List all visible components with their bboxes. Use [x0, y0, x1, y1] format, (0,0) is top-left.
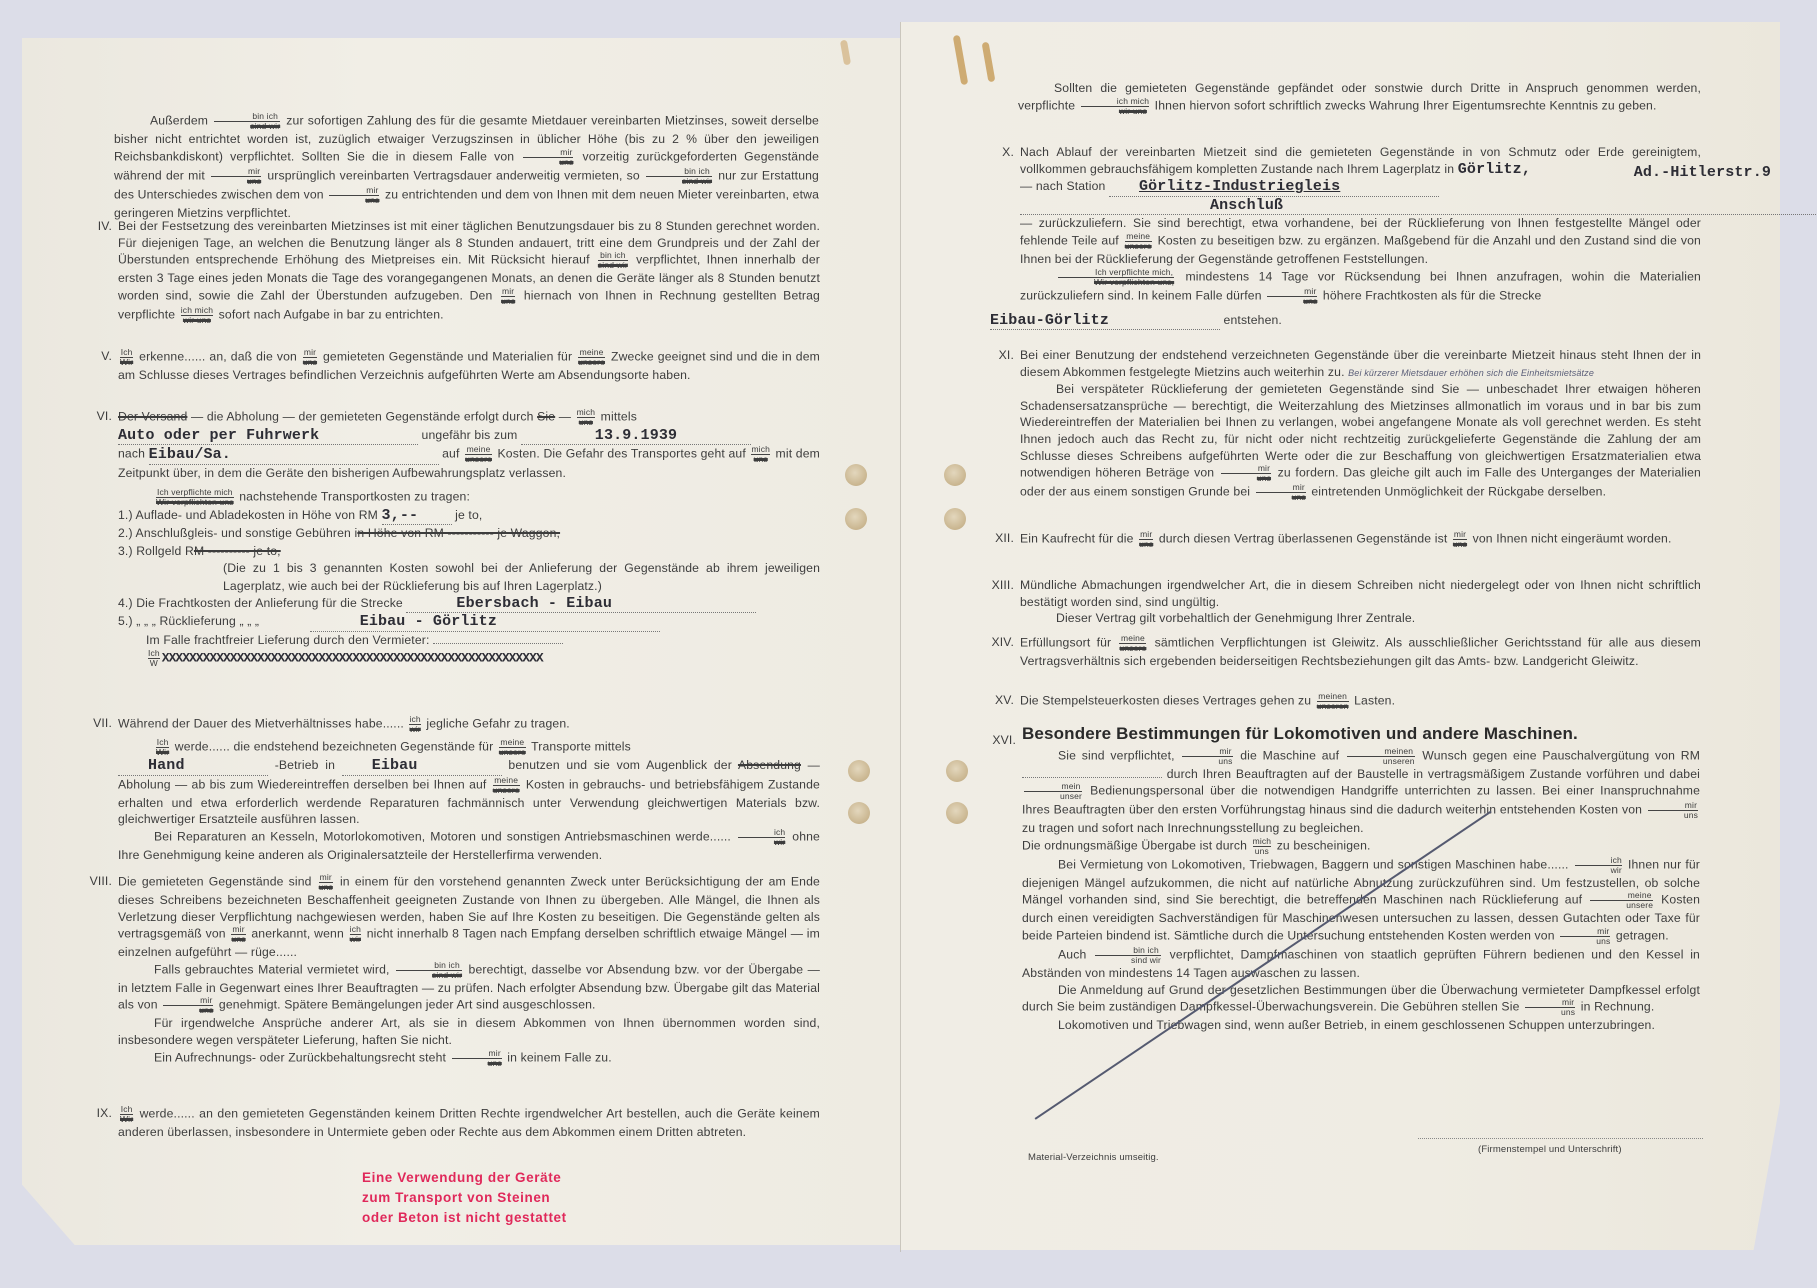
- pronoun-choice: meinunser: [1024, 782, 1082, 801]
- struck-text: Absendung: [738, 758, 801, 772]
- text: — nach Station: [1020, 179, 1105, 193]
- station-field-2[interactable]: Anschluß: [1020, 197, 1817, 215]
- loading-cost-field[interactable]: 3,--: [382, 507, 452, 525]
- section-xv: XV. Die Stempelsteuerkosten dieses Vertr…: [1020, 692, 1701, 711]
- pronoun-choice: Ich verpflichte mich,Wir verpflichten un…: [1058, 268, 1174, 287]
- text: erkenne...... an, daß die von: [139, 350, 297, 364]
- delivery-route-field[interactable]: Ebersbach - Eibau: [406, 595, 756, 613]
- pronoun-choice: miruns: [1267, 287, 1317, 306]
- section-number: XIV.: [980, 634, 1014, 651]
- pronoun-choice: ichwir: [350, 925, 361, 944]
- text: Für irgendwelche Ansprüche anderer Art, …: [118, 1016, 820, 1047]
- section-number: XVI.: [982, 732, 1016, 749]
- pronoun-choice: meineunsere: [1125, 232, 1152, 251]
- text: Die gemieteten Gegenstände sind: [118, 875, 312, 889]
- text: Ein Kaufrecht für die: [1020, 532, 1134, 546]
- pronoun-choice: miruns: [303, 348, 317, 367]
- pronoun-choice: miruns: [1525, 998, 1575, 1017]
- text: zu bescheinigen.: [1277, 839, 1371, 853]
- punch-hole: [848, 760, 870, 782]
- red-usage-stamp: Eine Verwendung der Geräte zum Transport…: [362, 1168, 582, 1228]
- text: Ihnen hiervon sofort schriftlich zwecks …: [1155, 98, 1657, 112]
- section-number: XI.: [980, 347, 1014, 364]
- text: Lasten.: [1354, 694, 1395, 708]
- pronoun-choice: bin ichsind wir: [646, 167, 712, 186]
- section-xiv: XIV. Erfüllungsort für meineunsere sämtl…: [1020, 634, 1701, 670]
- text: Nach Ablauf der vereinbarten Mietzeit si…: [1020, 145, 1701, 176]
- pronoun-choice: meineunsere: [493, 776, 520, 795]
- material-note: Material-Verzeichnis umseitig.: [1028, 1150, 1328, 1167]
- item-label: 1.) Auflade- und Abladekosten in Höhe vo…: [118, 508, 378, 522]
- text: eintretenden Unmöglichkeit der Rückgabe …: [1311, 485, 1606, 499]
- typed-route: Ebersbach - Eibau: [456, 595, 612, 612]
- text: -Betrieb in: [275, 758, 335, 772]
- section-xiii: XIII. Mündliche Abmachungen irgendwelche…: [1020, 577, 1701, 627]
- typed-date: 13.9.1939: [595, 427, 677, 444]
- signature-label: (Firmenstempel und Unterschrift): [1478, 1142, 1718, 1159]
- text: Bei Reparaturen an Kesseln, Motorlokomot…: [154, 830, 731, 844]
- pronoun-choice: ich michwir uns: [1081, 97, 1149, 116]
- struck-text: Sie: [537, 410, 555, 424]
- text: Ein Aufrechnungs- oder Zurückbehaltungsr…: [154, 1050, 446, 1064]
- section-number: VII.: [78, 715, 112, 732]
- pronoun-choice: ichwir: [409, 715, 420, 734]
- pronoun-choice: IchWir: [120, 1105, 133, 1124]
- stamp-line: Eine Verwendung der Geräte: [362, 1168, 582, 1188]
- text: gemieteten Gegenstände und Materialien f…: [323, 350, 572, 364]
- pronoun-choice: michuns: [751, 445, 770, 464]
- typed-route: Eibau - Görlitz: [360, 613, 497, 630]
- pronoun-choice: miruns: [452, 1049, 502, 1068]
- text: Auch: [1058, 948, 1086, 962]
- pronoun-choice: meineunsere: [499, 738, 526, 757]
- pronoun-choice: miruns: [501, 287, 515, 306]
- text: Im Falle frachtfreier Lieferung durch de…: [146, 633, 430, 647]
- xed-out-line: IchWXXXXXXXXXXXXXXXXXXXXXXXXXXXXXXXXXXXX…: [118, 649, 820, 668]
- text: Wunsch gegen eine Pauschalvergütung von …: [1422, 748, 1700, 762]
- pronoun-choice: IchWir: [156, 738, 169, 757]
- pronoun-choice: miruns: [231, 925, 245, 944]
- typed-station: Anschluß: [1210, 197, 1283, 214]
- text: in Rechnung.: [1581, 1000, 1655, 1014]
- punch-hole: [946, 802, 968, 824]
- intro-paragraph-left: Außerdem bin ichsind wir zur sofortigen …: [114, 112, 819, 221]
- operation-place-field[interactable]: Eibau: [342, 757, 502, 776]
- pronoun-choice: bin ichsind wir: [214, 112, 280, 131]
- section-number: XII.: [980, 530, 1014, 547]
- text: jegliche Gefahr zu tragen.: [426, 717, 569, 731]
- pronoun-choice: meineunsere: [578, 348, 605, 367]
- pronoun-choice: michuns: [1253, 837, 1272, 856]
- text: in keinem Falle zu.: [507, 1050, 611, 1064]
- text: Dieser Vertrag gilt vorbehaltlich der Ge…: [1056, 611, 1415, 625]
- pronoun-choice: miruns: [523, 148, 573, 167]
- text: Material-Verzeichnis umseitig.: [1028, 1152, 1159, 1163]
- text: die Maschine auf: [1240, 748, 1339, 762]
- section-v: V. IchWir erkenne...... an, daß die von …: [118, 348, 820, 384]
- text: entstehen.: [1224, 313, 1282, 327]
- signature-line[interactable]: [1418, 1138, 1703, 1139]
- text: sofort nach Aufgabe in bar zu entrichten…: [219, 308, 444, 322]
- section-xi: XI. Bei einer Benutzung der endstehend v…: [1020, 347, 1701, 502]
- section-vi: VI. Der Versand — die Abholung — der gem…: [118, 408, 820, 668]
- cost-note: (Die zu 1 bis 3 genannten Kosten sowohl …: [118, 560, 820, 595]
- text: Bei Vermietung von Lokomotiven, Triebwag…: [1058, 858, 1569, 872]
- pronoun-choice: meineunsere: [1590, 891, 1653, 910]
- cost-item-1: 1.) Auflade- und Abladekosten in Höhe vo…: [118, 507, 820, 525]
- section-x: X. Nach Ablauf der vereinbarten Mietzeit…: [1020, 144, 1701, 330]
- pronoun-choice: bin ichsind wir: [598, 251, 628, 270]
- typed-return-place: Görlitz,: [1458, 161, 1531, 178]
- pronoun-choice: miruns: [211, 167, 261, 186]
- text: ursprünglich vereinbarten Vertragsdauer …: [267, 168, 640, 182]
- item-label: 4.) Die Frachtkosten der Anlieferung für…: [118, 596, 403, 610]
- text: durch diesen Vertrag überlassenen Gegens…: [1159, 532, 1448, 546]
- text: getragen.: [1616, 929, 1669, 943]
- text: genehmigt. Spätere Bemängelungen jeder A…: [219, 998, 596, 1012]
- cost-item-4: 4.) Die Frachtkosten der Anlieferung für…: [118, 595, 820, 613]
- text: Falls gebrauchtes Material vermietet wir…: [154, 963, 390, 977]
- pronoun-choice: miruns: [1182, 747, 1232, 766]
- pronoun-choice: miruns: [1648, 801, 1698, 820]
- typed-cost: 3,--: [382, 507, 419, 524]
- section-number: XIII.: [980, 577, 1014, 594]
- stamp-line: oder Beton ist nicht gestattet: [362, 1208, 582, 1228]
- pronoun-choice: miruns: [319, 873, 333, 892]
- text: Mündliche Abmachungen irgendwelcher Art,…: [1020, 578, 1701, 609]
- pronoun-choice: miruns: [1221, 464, 1271, 483]
- item-label: 2.) Anschlußgleis- und sonstige Gebühren…: [118, 526, 357, 540]
- text: durch Ihren Beauftragten auf der Baustel…: [1167, 767, 1700, 781]
- punch-hole: [944, 464, 966, 486]
- text: höhere Frachtkosten als für die Strecke: [1323, 289, 1542, 303]
- pronoun-choice: miruns: [163, 996, 213, 1015]
- text: Während der Dauer des Mietverhältnisses …: [118, 717, 404, 731]
- punch-hole: [944, 508, 966, 530]
- cost-item-5: 5.) „ „ „ Rücklieferung „ „ „ Eibau - Gö…: [118, 613, 820, 631]
- text: werde...... an den gemieteten Gegenständ…: [118, 1107, 820, 1139]
- pronoun-choice: meineunsere: [465, 445, 492, 464]
- section-xvi: XVI. Besondere Bestimmungen für Lokomoti…: [1022, 726, 1700, 1034]
- text: — die Abholung — der gemieteten Gegenstä…: [191, 410, 534, 424]
- text: (Die zu 1 bis 3 genannten Kosten sowohl …: [223, 561, 820, 592]
- text: werde...... die endstehend bezeichneten …: [175, 740, 494, 754]
- text: je to,: [455, 508, 482, 522]
- pronoun-choice: meinenunseren: [1347, 747, 1415, 766]
- vehicle-field[interactable]: Auto oder per Fuhrwerk: [118, 427, 418, 445]
- pronoun-choice: IchWir: [120, 348, 133, 367]
- typed-route: Eibau-Görlitz: [990, 312, 1109, 329]
- typed-vehicle: Auto oder per Fuhrwerk: [118, 427, 319, 444]
- text: mittels: [601, 410, 637, 424]
- pronoun-choice: miruns: [1256, 483, 1306, 502]
- section-number: V.: [78, 348, 112, 365]
- punch-hole: [845, 508, 867, 530]
- section-vii: VII. Während der Dauer des Mietverhältni…: [118, 715, 820, 863]
- text: Lokomotiven und Triebwagen sind, wenn au…: [1058, 1018, 1655, 1032]
- text: von Ihnen nicht eingeräumt worden.: [1473, 532, 1672, 546]
- struck-text: n Höhe von RM ----------- je Waggon,: [357, 526, 560, 540]
- section-viii: VIII. Die gemieteten Gegenstände sind mi…: [118, 873, 820, 1068]
- text: Kosten. Die Gefahr des Transportes geht …: [498, 447, 746, 461]
- section-number: XV.: [980, 692, 1014, 709]
- pronoun-choice: ichwir: [1575, 856, 1622, 875]
- text: Erfüllungsort für: [1020, 636, 1111, 650]
- text: Sie sind verpflichtet,: [1058, 748, 1175, 762]
- text: Die Stempelsteuerkosten dieses Vertrages…: [1020, 694, 1311, 708]
- pronoun-choice: ich michwir uns: [181, 306, 213, 325]
- flat-fee-field[interactable]: [1022, 777, 1162, 778]
- struck-text: M ---------- je to,: [194, 544, 281, 558]
- return-route-field[interactable]: Eibau - Görlitz: [310, 613, 660, 631]
- section-xii: XII. Ein Kaufrecht für die miruns durch …: [1020, 530, 1701, 549]
- item-label: 5.) „ „ „ Rücklieferung „ „ „: [118, 614, 259, 628]
- stamp-line: zum Transport von Steinen: [362, 1188, 582, 1208]
- handwritten-note: Bei kürzerer Mietsdauer erhöhen sich die…: [1348, 368, 1594, 378]
- intro-paragraph-right: Sollten die gemieteten Gegenstände gepfä…: [1018, 80, 1701, 116]
- text: Die ordnungsmäßige Übergabe ist durch: [1022, 839, 1247, 853]
- section-iv: IV. Bei der Festsetzung des vereinbarten…: [118, 218, 820, 325]
- cost-item-2: 2.) Anschlußgleis- und sonstige Gebühren…: [118, 525, 820, 542]
- punch-hole: [946, 760, 968, 782]
- text: Bedienungspersonal über die notwendigen …: [1022, 784, 1700, 817]
- section-ix: IX. IchWir werde...... an den gemieteten…: [118, 1105, 820, 1141]
- pronoun-choice: Ich verpflichte michWir verpflichten uns: [156, 488, 234, 507]
- punch-hole: [845, 464, 867, 486]
- free-delivery-line: Im Falle frachtfreier Lieferung durch de…: [118, 632, 820, 649]
- text: nachstehende Transportkosten zu tragen:: [239, 490, 470, 504]
- pronoun-choice: IchW: [148, 649, 160, 668]
- pronoun-choice: bin ichsind wir: [1095, 946, 1161, 965]
- punch-hole: [848, 802, 870, 824]
- text: auf: [442, 447, 459, 461]
- typed-xout: XXXXXXXXXXXXXXXXXXXXXXXXXXXXXXXXXXXXXXXX…: [162, 651, 543, 666]
- text: zu tragen und sofort nach Inrechnungsste…: [1022, 821, 1364, 835]
- section-number: IX.: [78, 1105, 112, 1122]
- typed-station: Görlitz-Industriegleis: [1139, 178, 1340, 195]
- text: nach: [118, 447, 145, 461]
- date-field[interactable]: 13.9.1939: [521, 427, 751, 445]
- pronoun-choice: ichwir: [738, 828, 785, 847]
- destination-field[interactable]: Eibau/Sa.: [149, 446, 439, 464]
- pronoun-choice: miruns: [1453, 530, 1467, 549]
- struck-text: Der Versand: [118, 410, 187, 424]
- text: anerkannt, wenn: [251, 927, 344, 941]
- typed-mode: Hand: [148, 757, 185, 774]
- text: Transporte mittels: [531, 740, 631, 754]
- text: Kosten zu beseitigen bzw. zu ergänzen. M…: [1020, 234, 1701, 266]
- section-number: VI.: [78, 408, 112, 425]
- pronoun-choice: michuns: [577, 408, 596, 427]
- operation-mode-field[interactable]: Hand: [118, 757, 268, 776]
- pronoun-choice: bin ichsind wir: [396, 961, 462, 980]
- pronoun-choice: miruns: [329, 186, 379, 205]
- text: Außerdem: [150, 114, 208, 128]
- cost-item-3: 3.) Rollgeld RM ---------- je to,: [118, 543, 820, 560]
- text: ungefähr bis zum: [422, 428, 518, 442]
- pronoun-choice: miruns: [1560, 927, 1610, 946]
- route-field[interactable]: Eibau-Görlitz: [990, 312, 1220, 330]
- section-heading: Besondere Bestimmungen für Lokomotiven u…: [1022, 726, 1700, 743]
- section-number: IV.: [78, 218, 112, 235]
- typed-destination: Eibau/Sa.: [149, 446, 231, 463]
- pronoun-choice: miruns: [1139, 530, 1153, 549]
- center-fold: [900, 22, 901, 1252]
- pronoun-choice: meineunsere: [1119, 634, 1146, 653]
- section-number: VIII.: [78, 873, 112, 890]
- text: benutzen und sie vom Augenblick der: [508, 758, 732, 772]
- typed-place: Eibau: [372, 757, 418, 774]
- text: (Firmenstempel und Unterschrift): [1478, 1144, 1622, 1155]
- section-number: X.: [980, 144, 1014, 161]
- typed-return-address: Ad.-Hitlerstr.9: [1634, 164, 1771, 181]
- station-field[interactable]: Görlitz-Industriegleis: [1109, 178, 1439, 196]
- item-label: 3.) Rollgeld R: [118, 544, 194, 558]
- pronoun-choice: meinenunseren: [1317, 692, 1349, 711]
